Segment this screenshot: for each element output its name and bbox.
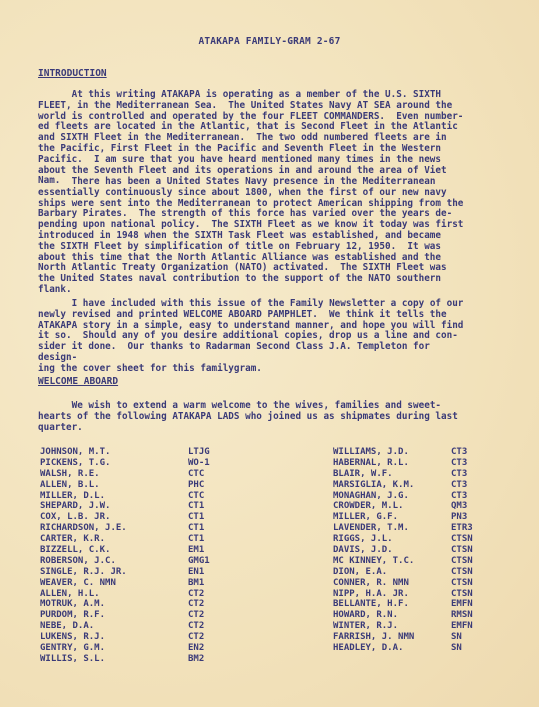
roster-name: HABERNAL, R.L. xyxy=(333,458,451,469)
roster-rate: CTSN xyxy=(451,589,501,600)
roster-row: WILLIS, S.L.BM2 xyxy=(40,654,238,665)
roster-rate: CT3 xyxy=(451,458,501,469)
roster-name: SHEPARD, J.W. xyxy=(40,501,188,512)
roster-row: MONAGHAN, J.G.CT3 xyxy=(333,491,501,502)
roster-name: PICKENS, T.G. xyxy=(40,458,188,469)
roster-row: WEAVER, C. NMNBM1 xyxy=(40,578,238,589)
roster-rate: PHC xyxy=(188,480,238,491)
roster-rate: CT3 xyxy=(451,480,501,491)
roster-rate: EMFN xyxy=(451,621,501,632)
roster-name: MILLER, G.F. xyxy=(333,512,451,523)
roster-rate: CT2 xyxy=(188,599,238,610)
roster-row: BLAIR, W.F.CT3 xyxy=(333,469,501,480)
roster-name: WEAVER, C. NMN xyxy=(40,578,188,589)
roster-rate: CT1 xyxy=(188,534,238,545)
roster-row: BELLANTE, H.F.EMFN xyxy=(333,599,501,610)
roster-rate: BM2 xyxy=(188,654,238,665)
roster-name: RICHARDSON, J.E. xyxy=(40,523,188,534)
roster-rate: EN2 xyxy=(188,643,238,654)
roster-row: DAVIS, J.D.CTSN xyxy=(333,545,501,556)
roster-rate: GMG1 xyxy=(188,556,238,567)
roster-row: ALLEN, H.L.CT2 xyxy=(40,589,238,600)
document-title: ATAKAPA FAMILY-GRAM 2-67 xyxy=(0,36,539,47)
roster-name: RIGGS, J.L. xyxy=(333,534,451,545)
roster-name: WILLIS, S.L. xyxy=(40,654,188,665)
roster-name: CONNER, R. NMN xyxy=(333,578,451,589)
roster-rate: CTSN xyxy=(451,545,501,556)
roster-row: COX, L.B. JR.CT1 xyxy=(40,512,238,523)
roster-row: CONNER, R. NMNCTSN xyxy=(333,578,501,589)
roster-row: RICHARDSON, J.E.CT1 xyxy=(40,523,238,534)
roster-name: MC KINNEY, T.C. xyxy=(333,556,451,567)
roster-row: NEBE, D.A.CT2 xyxy=(40,621,238,632)
roster-row: MOTRUK, A.M.CT2 xyxy=(40,599,238,610)
roster-rate: CTSN xyxy=(451,578,501,589)
roster-rate: EMFN xyxy=(451,599,501,610)
roster-rate: CT2 xyxy=(188,621,238,632)
roster-row: GENTRY, G.M.EN2 xyxy=(40,643,238,654)
roster-row: RIGGS, J.L.CTSN xyxy=(333,534,501,545)
document-page: ATAKAPA FAMILY-GRAM 2-67 INTRODUCTION At… xyxy=(0,0,539,707)
roster-row: NIPP, H.A. JR.CTSN xyxy=(333,589,501,600)
intro-paragraph-3: I have included with this issue of the F… xyxy=(38,299,468,375)
roster-rate: CTC xyxy=(188,491,238,502)
roster-rate: PN3 xyxy=(451,512,501,523)
roster-row: MILLER, G.F.PN3 xyxy=(333,512,501,523)
roster-row: PURDOM, R.F.CT2 xyxy=(40,610,238,621)
roster-name: BIZZELL, C.K. xyxy=(40,545,188,556)
roster-row: ALLEN, B.L.PHC xyxy=(40,480,238,491)
roster-rate: EN1 xyxy=(188,567,238,578)
roster-rate: QM3 xyxy=(451,501,501,512)
roster-name: SINGLE, R.J. JR. xyxy=(40,567,188,578)
roster-rate: CT2 xyxy=(188,632,238,643)
roster-rate: CT3 xyxy=(451,491,501,502)
roster-name: JOHNSON, M.T. xyxy=(40,447,188,458)
roster-row: LAVENDER, T.M.ETR3 xyxy=(333,523,501,534)
roster-row: BIZZELL, C.K.EM1 xyxy=(40,545,238,556)
roster-rate: LTJG xyxy=(188,447,238,458)
roster-row: SHEPARD, J.W.CT1 xyxy=(40,501,238,512)
welcome-heading: WELCOME ABOARD xyxy=(38,376,118,387)
roster-rate: CT2 xyxy=(188,610,238,621)
roster-row: CARTER, K.R.CT1 xyxy=(40,534,238,545)
roster-rate: WO-1 xyxy=(188,458,238,469)
roster-name: WILLIAMS, J.D. xyxy=(333,447,451,458)
roster-row: FARRISH, J. NMNSN xyxy=(333,632,501,643)
roster-row: MILLER, D.L.CTC xyxy=(40,491,238,502)
roster-name: WINTER, R.J. xyxy=(333,621,451,632)
roster-name: DION, E.A. xyxy=(333,567,451,578)
roster-row: HOWARD, R.N.RMSN xyxy=(333,610,501,621)
roster-name: WALSH, R.E. xyxy=(40,469,188,480)
welcome-paragraph: We wish to extend a warm welcome to the … xyxy=(38,401,468,433)
roster-row: WALSH, R.E.CTC xyxy=(40,469,238,480)
roster-name: NIPP, H.A. JR. xyxy=(333,589,451,600)
roster-name: NEBE, D.A. xyxy=(40,621,188,632)
roster-name: LAVENDER, T.M. xyxy=(333,523,451,534)
roster-rate: CTSN xyxy=(451,567,501,578)
roster-rate: CT1 xyxy=(188,501,238,512)
roster-rate: EM1 xyxy=(188,545,238,556)
roster-row: SINGLE, R.J. JR.EN1 xyxy=(40,567,238,578)
roster-rate: BM1 xyxy=(188,578,238,589)
roster-row: ROBERSON, J.C.GMG1 xyxy=(40,556,238,567)
roster-row: LUKENS, R.J.CT2 xyxy=(40,632,238,643)
roster-rate: CTSN xyxy=(451,556,501,567)
roster-name: ALLEN, H.L. xyxy=(40,589,188,600)
intro-paragraph-2: There has been a United States Navy pres… xyxy=(38,177,468,296)
roster-name: DAVIS, J.D. xyxy=(333,545,451,556)
roster-row: WINTER, R.J.EMFN xyxy=(333,621,501,632)
roster-row: DION, E.A.CTSN xyxy=(333,567,501,578)
roster-rate: RMSN xyxy=(451,610,501,621)
roster-rate: CT3 xyxy=(451,447,501,458)
roster-rate: CT1 xyxy=(188,512,238,523)
roster-rate: ETR3 xyxy=(451,523,501,534)
roster-rate: CTC xyxy=(188,469,238,480)
roster-name: MONAGHAN, J.G. xyxy=(333,491,451,502)
roster-row: WILLIAMS, J.D.CT3 xyxy=(333,447,501,458)
roster-name: FARRISH, J. NMN xyxy=(333,632,451,643)
roster-row: MARSIGLIA, K.M.CT3 xyxy=(333,480,501,491)
roster-rate: CTSN xyxy=(451,534,501,545)
roster-name: BELLANTE, H.F. xyxy=(333,599,451,610)
roster-name: GENTRY, G.M. xyxy=(40,643,188,654)
roster-name: CARTER, K.R. xyxy=(40,534,188,545)
roster-row: HEADLEY, D.A.SN xyxy=(333,643,501,654)
roster-name: HOWARD, R.N. xyxy=(333,610,451,621)
roster-rate: SN xyxy=(451,643,501,654)
roster-name: MOTRUK, A.M. xyxy=(40,599,188,610)
roster-name: MILLER, D.L. xyxy=(40,491,188,502)
roster-name: ALLEN, B.L. xyxy=(40,480,188,491)
roster-name: PURDOM, R.F. xyxy=(40,610,188,621)
roster-right-column: WILLIAMS, J.D.CT3HABERNAL, R.L.CT3BLAIR,… xyxy=(333,447,501,654)
roster-name: COX, L.B. JR. xyxy=(40,512,188,523)
roster-name: ROBERSON, J.C. xyxy=(40,556,188,567)
roster-name: BLAIR, W.F. xyxy=(333,469,451,480)
roster-rate: CT3 xyxy=(451,469,501,480)
introduction-heading: INTRODUCTION xyxy=(38,68,107,79)
roster-name: MARSIGLIA, K.M. xyxy=(333,480,451,491)
roster-name: CROWDER, M.L. xyxy=(333,501,451,512)
intro-paragraph-1: At this writing ATAKAPA is operating as … xyxy=(38,90,468,187)
roster-name: LUKENS, R.J. xyxy=(40,632,188,643)
roster-rate: CT2 xyxy=(188,589,238,600)
roster-row: MC KINNEY, T.C.CTSN xyxy=(333,556,501,567)
roster-row: HABERNAL, R.L.CT3 xyxy=(333,458,501,469)
roster-name: HEADLEY, D.A. xyxy=(333,643,451,654)
roster-row: JOHNSON, M.T.LTJG xyxy=(40,447,238,458)
roster-rate: CT1 xyxy=(188,523,238,534)
roster-row: CROWDER, M.L.QM3 xyxy=(333,501,501,512)
roster-row: PICKENS, T.G.WO-1 xyxy=(40,458,238,469)
roster-left-column: JOHNSON, M.T.LTJGPICKENS, T.G.WO-1WALSH,… xyxy=(40,447,238,665)
roster-rate: SN xyxy=(451,632,501,643)
